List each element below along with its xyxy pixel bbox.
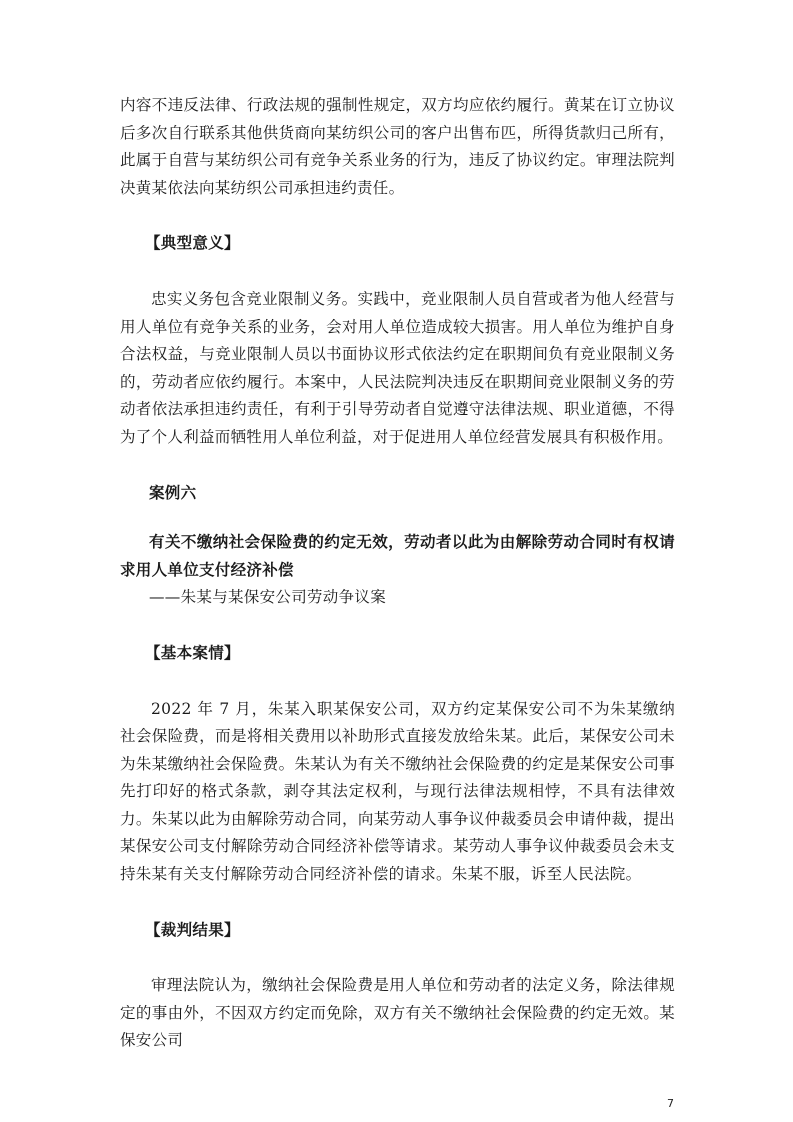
heading-facts: 【基本案情】 bbox=[120, 640, 675, 668]
paragraph-facts: 2022 年 7 月，朱某入职某保安公司，双方约定某保安公司不为朱某缴纳社会保险… bbox=[120, 696, 675, 889]
page-number: 7 bbox=[667, 1097, 674, 1110]
paragraph-continued: 内容不违反法律、行政法规的强制性规定，双方均应依约履行。黄某在订立协议后多次自行… bbox=[120, 92, 675, 202]
document-page: 内容不违反法律、行政法规的强制性规定，双方均应依约履行。黄某在订立协议后多次自行… bbox=[120, 92, 675, 1055]
paragraph-significance: 忠实义务包含竞业限制义务。实践中，竞业限制人员自营或者为他人经营与用人单位有竞争… bbox=[120, 286, 675, 452]
case-title: 有关不缴纳社会保险费的约定无效，劳动者以此为由解除劳动合同时有权请求用人单位支付… bbox=[120, 529, 675, 584]
heading-significance: 【典型意义】 bbox=[120, 230, 675, 258]
paragraph-judgment: 审理法院认为，缴纳社会保险费是用人单位和劳动者的法定义务，除法律规定的事由外，不… bbox=[120, 972, 675, 1055]
case-number: 案例六 bbox=[120, 480, 675, 508]
heading-judgment: 【裁判结果】 bbox=[120, 917, 675, 945]
case-subtitle: ——朱某与某保安公司劳动争议案 bbox=[120, 584, 675, 612]
